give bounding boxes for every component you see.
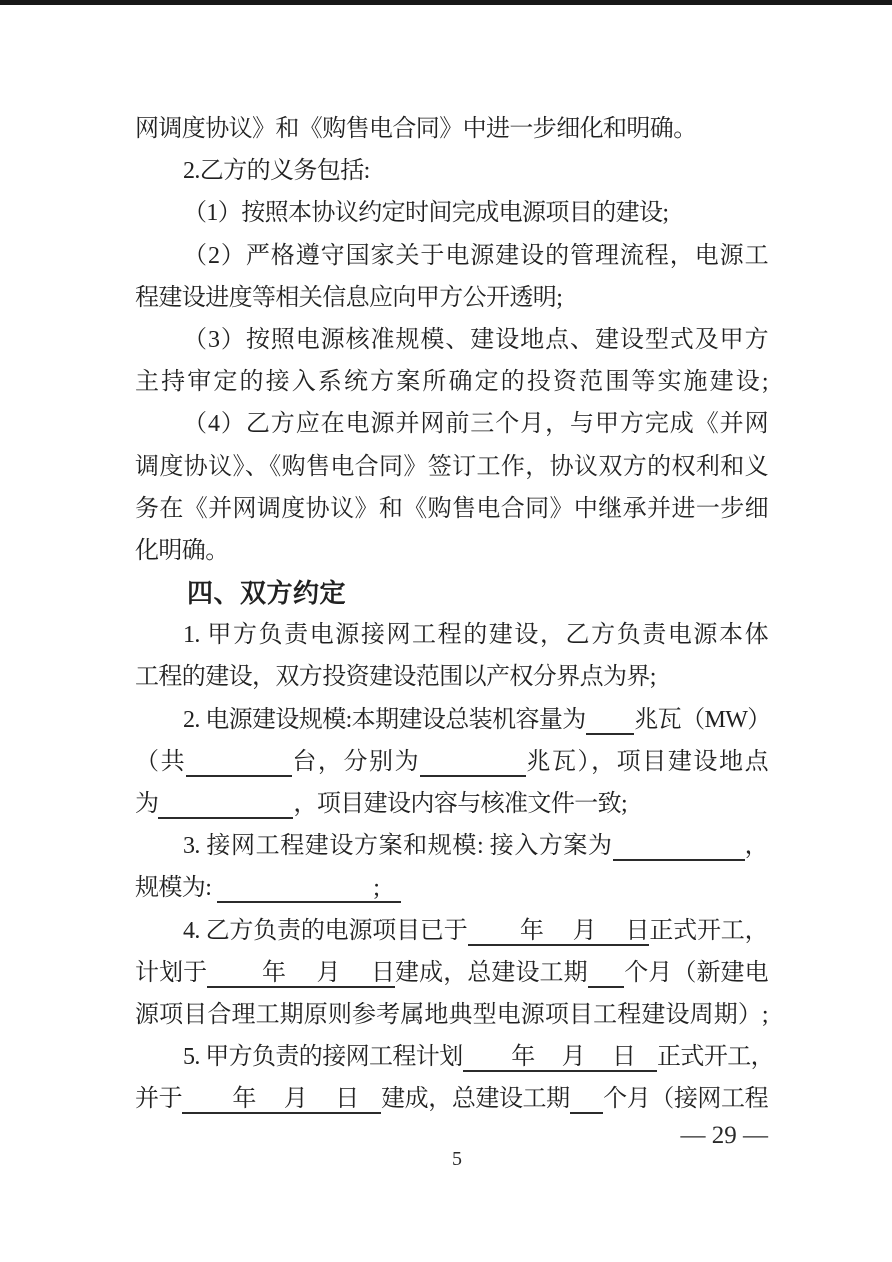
fill-in-blank: 年 月 日 — [207, 960, 395, 988]
text-line: 程建设进度等相关信息应向甲方公开透明; — [135, 277, 768, 319]
text-run: 个月（新建电 — [624, 960, 768, 986]
text-line: 2. 电源建设规模:本期建设总装机容量为 兆瓦（MW） — [135, 699, 768, 741]
document-page: 网调度协议》和《购售电合同》中进一步细化和明确。2.乙方的义务包括:（1）按照本… — [0, 0, 892, 1262]
fill-in-blank: 年 月 日 — [468, 918, 650, 946]
text-run: 台，分别为 — [292, 749, 420, 775]
section-heading: 四、双方约定 — [135, 572, 768, 614]
text-line: 计划于 年 月 日建成，总建设工期 个月（新建电 — [135, 952, 768, 994]
text-line: 主持审定的接入系统方案所确定的投资范围等实施建设; — [135, 361, 768, 403]
fill-in-blank: 年 月 日 — [182, 1086, 381, 1114]
text-run: （3）按照电源核准规模、建设地点、建设型式及甲方 — [183, 327, 768, 353]
fill-in-blank — [613, 833, 745, 861]
text-run: 四、双方约定 — [187, 578, 346, 608]
text-run: 2. 电源建设规模:本期建设总装机容量为 — [183, 707, 586, 733]
text-line: 网调度协议》和《购售电合同》中进一步细化和明确。 — [135, 108, 768, 150]
text-run: 规模为: — [135, 875, 217, 901]
text-line: （共 台，分别为 兆瓦），项目建设地点 — [135, 741, 768, 783]
text-line: 3. 接网工程建设方案和规模: 接入方案为 ， — [135, 825, 768, 867]
text-run: 调度协议》、《购售电合同》签订工作，协议双方的权利和义 — [135, 454, 768, 480]
text-line: 4. 乙方负责的电源项目已于 年 月 日正式开工， — [135, 910, 768, 952]
text-run: 程建设进度等相关信息应向甲方公开透明; — [135, 285, 562, 311]
text-run: 个月（接网工程 — [603, 1086, 768, 1112]
text-run: 正式开工， — [649, 918, 768, 944]
text-run: （4）乙方应在电源并网前三个月，与甲方完成《并网 — [183, 411, 768, 437]
document-page-number: — 29 — — [0, 1122, 768, 1150]
fill-in-blank — [420, 749, 526, 777]
text-run: ，项目建设内容与核准文件一致; — [293, 791, 627, 817]
fill-in-blank — [186, 749, 292, 777]
fill-in-blank — [586, 707, 635, 735]
text-line: （4）乙方应在电源并网前三个月，与甲方完成《并网 — [135, 403, 768, 445]
fill-in-blank — [588, 960, 625, 988]
text-run: ， — [745, 833, 768, 859]
fill-in-blank: ; — [217, 875, 401, 903]
text-run: 务在《并网调度协议》和《购售电合同》中继承并进一步细 — [135, 496, 768, 522]
sheet-page-number: 5 — [0, 1148, 892, 1171]
text-run: 建成，总建设工期 — [395, 960, 588, 986]
text-line: 源项目合理工期原则参考属地典型电源项目工程建设周期）; — [135, 994, 768, 1036]
text-run: （2）严格遵守国家关于电源建设的管理流程，电源工 — [183, 243, 768, 269]
text-run: 工程的建设，双方投资建设范围以产权分界点为界; — [135, 664, 656, 690]
text-line: 化明确。 — [135, 530, 768, 572]
text-run: 4. 乙方负责的电源项目已于 — [183, 918, 468, 944]
text-run: 源项目合理工期原则参考属地典型电源项目工程建设周期）; — [135, 1002, 768, 1028]
text-run: 网调度协议》和《购售电合同》中进一步细化和明确。 — [135, 116, 697, 142]
text-line: 并于 年 月 日 建成，总建设工期 个月（接网工程 — [135, 1078, 768, 1120]
text-run: 为 — [135, 791, 158, 817]
text-line: 5. 甲方负责的接网工程计划 年 月 日 正式开工， — [135, 1036, 768, 1078]
text-line: （3）按照电源核准规模、建设地点、建设型式及甲方 — [135, 319, 768, 361]
text-run: （共 — [135, 749, 186, 775]
text-line: 规模为: ; — [135, 867, 768, 909]
text-run: 3. 接网工程建设方案和规模: 接入方案为 — [183, 833, 613, 859]
text-run: 兆瓦（MW） — [634, 707, 768, 733]
text-line: 工程的建设，双方投资建设范围以产权分界点为界; — [135, 656, 768, 698]
text-run: 化明确。 — [135, 538, 229, 564]
text-line: （2）严格遵守国家关于电源建设的管理流程，电源工 — [135, 235, 768, 277]
text-run: （1）按照本协议约定时间完成电源项目的建设; — [183, 200, 668, 226]
text-run: 1. 甲方负责电源接网工程的建设，乙方负责电源本体 — [183, 622, 768, 648]
text-run: 建成，总建设工期 — [381, 1086, 570, 1112]
text-run: 计划于 — [135, 960, 207, 986]
fill-in-blank — [158, 791, 293, 819]
scan-edge-bar — [0, 0, 892, 5]
document-body: 网调度协议》和《购售电合同》中进一步细化和明确。2.乙方的义务包括:（1）按照本… — [135, 108, 768, 1121]
fill-in-blank — [570, 1086, 603, 1114]
text-run: 并于 — [135, 1086, 182, 1112]
text-run: 2.乙方的义务包括: — [183, 158, 370, 184]
text-run: 正式开工， — [657, 1044, 768, 1070]
text-run: 主持审定的接入系统方案所确定的投资范围等实施建设; — [135, 369, 768, 395]
text-line: 务在《并网调度协议》和《购售电合同》中继承并进一步细 — [135, 488, 768, 530]
text-line: 1. 甲方负责电源接网工程的建设，乙方负责电源本体 — [135, 614, 768, 656]
fill-in-blank: 年 月 日 — [463, 1044, 657, 1072]
text-line: 2.乙方的义务包括: — [135, 150, 768, 192]
text-line: （1）按照本协议约定时间完成电源项目的建设; — [135, 192, 768, 234]
text-run: 5. 甲方负责的接网工程计划 — [183, 1044, 463, 1070]
text-line: 为 ，项目建设内容与核准文件一致; — [135, 783, 768, 825]
text-line: 调度协议》、《购售电合同》签订工作，协议双方的权利和义 — [135, 446, 768, 488]
text-run: 兆瓦），项目建设地点 — [526, 749, 768, 775]
